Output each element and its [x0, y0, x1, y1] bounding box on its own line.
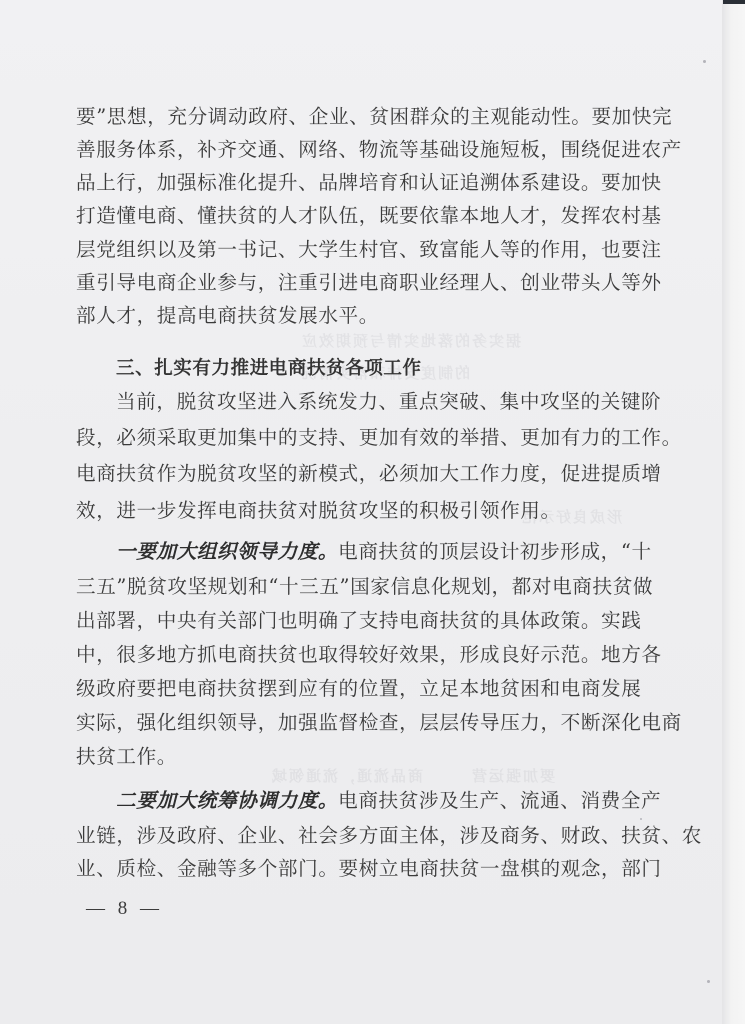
scan-edge-mark — [723, 0, 745, 4]
point-two-first-line-text: 电商扶贫涉及生产、流通、消费全产 — [338, 789, 661, 812]
text-line: 三五”脱贫攻坚规划和“十三五”国家信息化规划，都对电商扶贫做 — [76, 574, 636, 600]
scan-edge-shadow — [722, 0, 745, 1024]
text-line: 实际，强化组织领导，加强监督检查，层层传导压力，不断深化电商 — [76, 710, 636, 736]
text-line: 当前，脱贫攻坚进入系统发力、重点突破、集中攻坚的关键阶 — [116, 389, 636, 415]
text-line: 要”思想，充分调动政府、企业、贫困群众的主观能动性。要加快完 — [76, 104, 636, 130]
bleed-through-text: 据实务的落地实情与预期效应 — [300, 330, 521, 351]
text-line: 出部署，中央有关部门也明确了支持电商扶贫的具体政策。实践 — [76, 608, 636, 634]
text-line: 业链，涉及政府、企业、社会多方面主体，涉及商务、财政、扶贫、农 — [76, 823, 636, 849]
text-line: 段，必须采取更加集中的支持、更加有效的举措、更加有力的工作。 — [76, 425, 636, 451]
scan-speck — [703, 60, 706, 63]
text-line: 中，很多地方抓电商扶贫也取得较好效果，形成良好示范。地方各 — [76, 642, 636, 668]
document-page: 据实务的落地实情与预期效应 的制度安排和落实情况 形成良好示范 商品流通，流通领… — [0, 0, 722, 1024]
point-two-first-line: 二要加大统筹协调力度。电商扶贫涉及生产、流通、消费全产 — [116, 788, 636, 814]
scan-speck — [707, 980, 710, 983]
section-heading: 三、扎实有力推进电商扶贫各项工作 — [116, 356, 422, 382]
text-line: 重引导电商企业参与，注重引进电商职业经理人、创业带头人等外 — [76, 270, 636, 296]
text-line: 业、质检、金融等多个部门。要树立电商扶贫一盘棋的观念，部门 — [76, 856, 636, 882]
text-line: 级政府要把电商扶贫摆到应有的位置，立足本地贫困和电商发展 — [76, 676, 636, 702]
text-line: 扶贫工作。 — [76, 744, 636, 770]
scan-speck — [640, 818, 642, 820]
text-line: 效，进一步发挥电商扶贫对脱贫攻坚的积极引领作用。 — [76, 498, 636, 524]
text-line: 电商扶贫作为脱贫攻坚的新模式，必须加大工作力度，促进提质增 — [76, 461, 636, 487]
text-line: 品上行，加强标准化提升、品牌培育和认证追溯体系建设。要加快 — [76, 170, 636, 196]
point-one-first-line: 一要加大组织领导力度。电商扶贫的顶层设计初步形成，“十 — [116, 539, 636, 565]
page-number: — 8 — — [86, 896, 163, 922]
text-line: 层党组织以及第一书记、大学生村官、致富能人等的作用，也要注 — [76, 237, 636, 263]
point-one-lead: 一要加大组织领导力度。 — [116, 540, 338, 563]
text-line: 部人才，提高电商扶贫发展水平。 — [76, 303, 636, 329]
text-line: 善服务体系，补齐交通、网络、物流等基础设施短板，围绕促进农产 — [76, 137, 636, 163]
point-one-first-line-text: 电商扶贫的顶层设计初步形成，“十 — [338, 540, 652, 563]
point-two-lead: 二要加大统筹协调力度。 — [116, 789, 338, 812]
text-line: 打造懂电商、懂扶贫的人才队伍，既要依靠本地人才，发挥农村基 — [76, 203, 636, 229]
